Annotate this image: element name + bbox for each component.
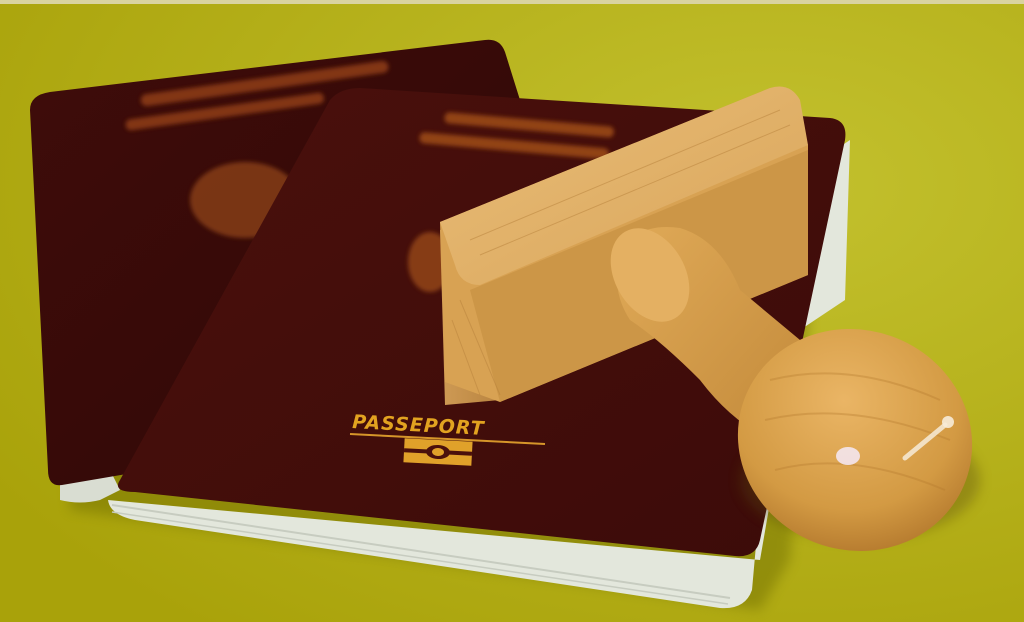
biometric-chip-icon xyxy=(403,438,472,466)
photo-scene: PASSEPORT xyxy=(0,0,1024,622)
